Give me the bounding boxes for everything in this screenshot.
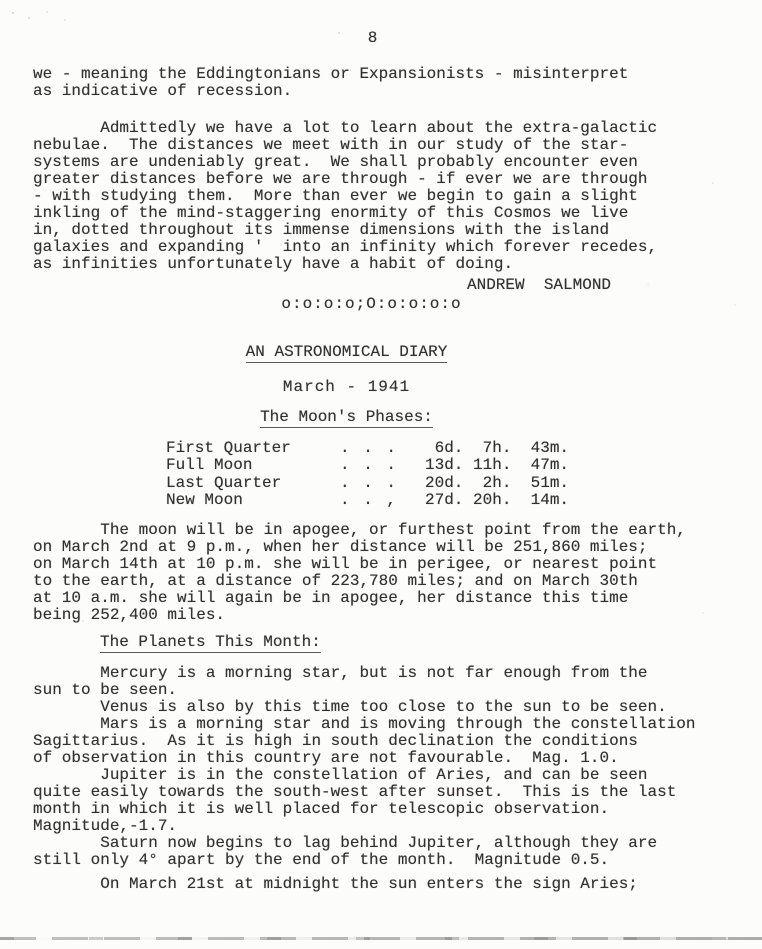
phase-dots: . . . [340, 475, 425, 492]
moon-phases-heading: The Moon's Phases: [260, 409, 433, 428]
intro-continuation-paragraph: we - meaning the Eddingtonians or Expans… [33, 66, 660, 100]
diary-title-row: AN ASTRONOMICAL DIARY [33, 344, 660, 363]
planets-heading-row: The Planets This Month: [33, 634, 660, 653]
phase-value: 20d. 2h. 51m. [425, 475, 569, 492]
phase-label: Last Quarter [166, 475, 340, 492]
phase-dots: . . , [340, 492, 425, 509]
phase-label: First Quarter [166, 440, 340, 457]
scan-edge-artifact [0, 937, 762, 940]
intro-paragraph: Admittedly we have a lot to learn about … [33, 120, 660, 273]
moon-phases-heading-row: The Moon's Phases: [33, 409, 660, 428]
closing-line: On March 21st at midnight the sun enters… [33, 876, 660, 893]
jupiter-paragraph: Jupiter is in the constellation of Aries… [33, 767, 660, 835]
phase-value: 27d. 20h. 14m. [425, 492, 569, 509]
table-row: First Quarter . . . 6d. 7h. 43m. [166, 440, 660, 457]
phase-label: Full Moon [166, 457, 340, 474]
phase-value: 6d. 7h. 43m. [425, 440, 569, 457]
ornament-separator: o:o:o:o;O:o:o:o:o [58, 296, 685, 313]
diary-subtitle: March - 1941 [33, 379, 660, 396]
phase-dots: . . . [340, 457, 425, 474]
moon-apogee-paragraph: The moon will be in apogee, or furthest … [33, 522, 660, 624]
phase-value: 13d. 11h. 47m. [425, 457, 569, 474]
phase-label: New Moon [166, 492, 340, 509]
mars-paragraph: Mars is a morning star and is moving thr… [33, 716, 660, 767]
phase-dots: . . . [340, 440, 425, 457]
planets-heading: The Planets This Month: [100, 634, 321, 653]
table-row: New Moon . . , 27d. 20h. 14m. [166, 492, 660, 509]
mercury-paragraph: Mercury is a morning star, but is not fa… [33, 665, 660, 699]
venus-paragraph: Venus is also by this time too close to … [33, 699, 660, 716]
moon-phases-table: First Quarter . . . 6d. 7h. 43m. Full Mo… [166, 440, 660, 509]
saturn-paragraph: Saturn now begins to lag behind Jupiter,… [33, 835, 660, 869]
document-page: 8 we - meaning the Eddingtonians or Expa… [0, 0, 660, 893]
table-row: Last Quarter . . . 20d. 2h. 51m. [166, 475, 660, 492]
diary-title: AN ASTRONOMICAL DIARY [246, 344, 448, 363]
table-row: Full Moon . . . 13d. 11h. 47m. [166, 457, 660, 474]
page-number: 8 [59, 30, 686, 47]
author-signature: ANDREW SALMOND [467, 277, 660, 294]
